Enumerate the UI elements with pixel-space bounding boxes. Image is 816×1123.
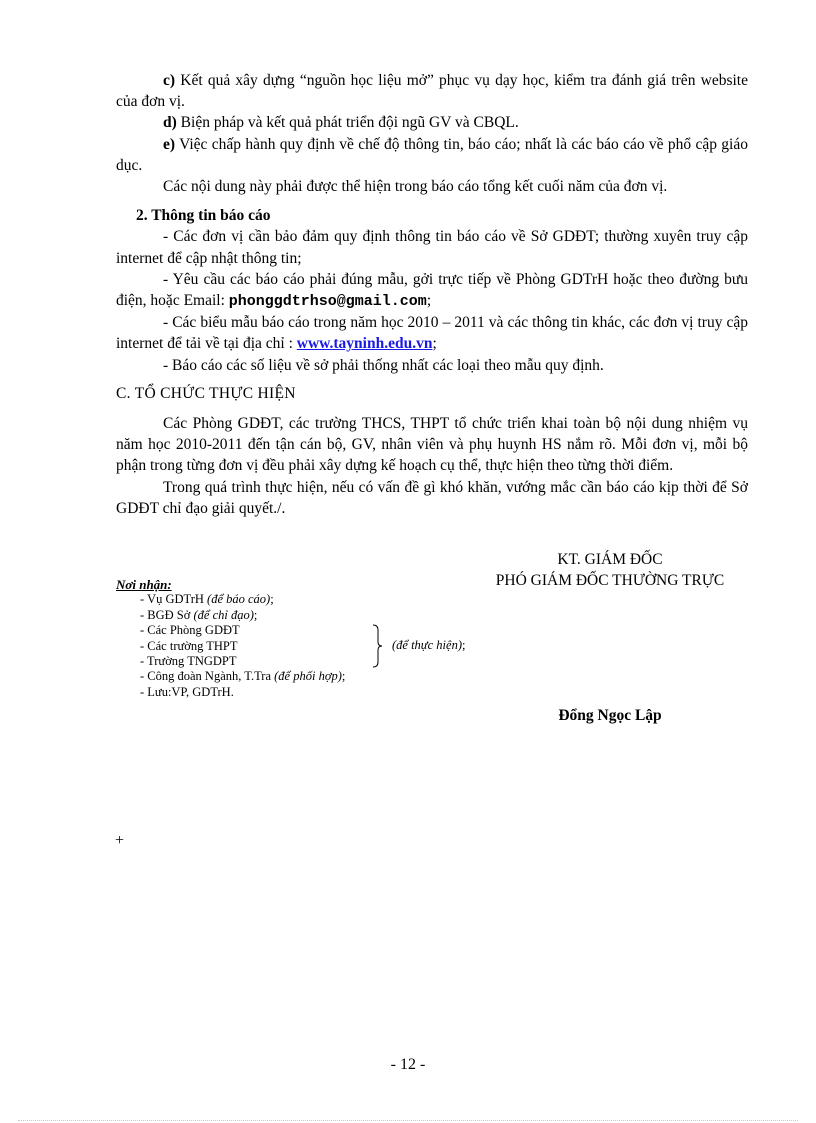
recipient-item: - Các Phòng GDĐT	[116, 623, 345, 638]
section-c-para-2: Trong quá trình thực hiện, nếu có vấn đề…	[116, 477, 748, 519]
recipient-item: - Trường TNGDPT	[116, 654, 345, 669]
item-2-text: - Yêu cầu các báo cáo phải đúng mẫu, gởi…	[116, 271, 748, 309]
item-c-label: c)	[163, 72, 175, 89]
recipient-text: - Công đoàn Ngành, T.Tra	[140, 669, 274, 683]
item-d-text: Biện pháp và kết quả phát triển đội ngũ …	[177, 114, 519, 131]
page-number: - 12 -	[0, 1056, 816, 1074]
recipient-item: - BGĐ Sở (để chỉ đạo);	[116, 608, 345, 623]
recipient-item: - Vụ GDTrH (để báo cáo);	[116, 592, 345, 607]
recipient-end: ;	[270, 592, 273, 606]
signer-name: Đổng Ngọc Lập	[470, 707, 750, 725]
section-c-heading: C. TỔ CHỨC THỰC HIỆN	[116, 383, 748, 404]
recipient-text: - Lưu:VP, GDTrH.	[140, 685, 234, 699]
signature-title-1: KT. GIÁM ĐỐC	[470, 549, 750, 570]
recipient-end: ;	[342, 669, 345, 683]
recipient-note: (để phối hợp)	[274, 669, 342, 683]
main-body: c) Kết quả xây dựng “nguồn học liệu mở” …	[116, 70, 748, 519]
section-2-item-2: - Yêu cầu các báo cáo phải đúng mẫu, gởi…	[116, 269, 748, 312]
item-2-suffix: ;	[427, 292, 431, 309]
section-2-item-1: - Các đơn vị cần bảo đảm quy định thông …	[116, 226, 748, 268]
recipient-text: - Các trường THPT	[140, 639, 238, 653]
recipient-text: - Các Phòng GDĐT	[140, 623, 240, 637]
section-2-item-4: - Báo cáo các số liệu về sở phải thống n…	[116, 355, 748, 376]
document-page: c) Kết quả xây dựng “nguồn học liệu mở” …	[0, 0, 816, 1123]
group-note-end: ;	[462, 638, 465, 652]
signature-block: KT. GIÁM ĐỐC PHÓ GIÁM ĐỐC THƯỜNG TRỰC	[470, 549, 750, 591]
recipient-item: - Các trường THPT	[116, 639, 345, 654]
stray-plus-mark: +	[115, 832, 124, 850]
website-link[interactable]: www.tayninh.edu.vn	[297, 335, 433, 352]
item-3-suffix: ;	[432, 335, 436, 352]
item-e-text: Việc chấp hành quy định về chế độ thông …	[116, 136, 748, 174]
section-2-heading: 2. Thông tin báo cáo	[116, 205, 748, 226]
item-e: e) Việc chấp hành quy định về chế độ thô…	[116, 134, 748, 176]
item-d-label: d)	[163, 114, 177, 131]
item-c: c) Kết quả xây dựng “nguồn học liệu mở” …	[116, 70, 748, 112]
recipient-end: ;	[254, 608, 257, 622]
section-c-para-1: Các Phòng GDĐT, các trường THCS, THPT tổ…	[116, 413, 748, 477]
recipient-group: - Các Phòng GDĐT - Các trường THPT - Trư…	[116, 623, 345, 669]
recipients-block: Nơi nhận: - Vụ GDTrH (để báo cáo); - BGĐ…	[116, 577, 345, 700]
recipient-item: - Lưu:VP, GDTrH.	[116, 685, 345, 700]
page-boundary-divider	[18, 1120, 798, 1121]
section-2-item-3: - Các biểu mẫu báo cáo trong năm học 201…	[116, 312, 748, 354]
signature-title-2: PHÓ GIÁM ĐỐC THƯỜNG TRỰC	[470, 570, 750, 591]
group-note: (để thực hiện);	[392, 638, 465, 653]
recipient-note: (để báo cáo)	[207, 592, 270, 606]
group-note-text: (để thực hiện)	[392, 638, 462, 652]
recipient-note: (để chỉ đạo)	[194, 608, 254, 622]
recipients-title: Nơi nhận:	[116, 577, 345, 592]
recipient-text: - Vụ GDTrH	[140, 592, 207, 606]
right-brace-icon	[372, 624, 382, 668]
recipient-item: - Công đoàn Ngành, T.Tra (để phối hợp);	[116, 669, 345, 684]
items-closing: Các nội dung này phải được thể hiện tron…	[116, 176, 748, 197]
recipient-text: - BGĐ Sở	[140, 608, 194, 622]
item-e-label: e)	[163, 136, 175, 153]
recipient-text: - Trường TNGDPT	[140, 654, 237, 668]
contact-email[interactable]: phonggdtrhso@gmail.com	[229, 293, 427, 310]
item-d: d) Biện pháp và kết quả phát triển đội n…	[116, 112, 748, 133]
item-c-text: Kết quả xây dựng “nguồn học liệu mở” phụ…	[116, 72, 748, 110]
